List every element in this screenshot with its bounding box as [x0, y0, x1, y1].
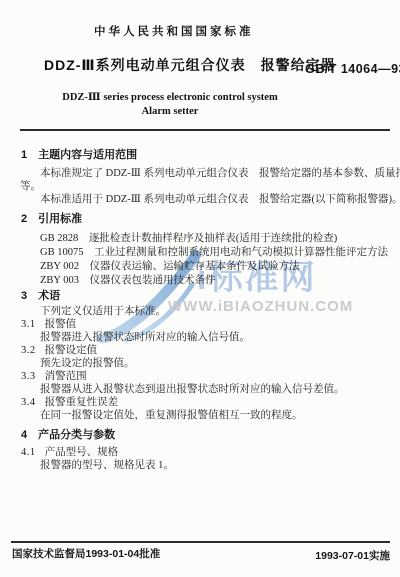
reference-item: ZBY 003 仪器仪表包装通用技术条件: [40, 272, 216, 287]
reference-item: GB 10075 工业过程测量和控制系统用电动和气动模拟计算器性能评定方法: [40, 244, 388, 259]
term-number: 3.2: [21, 345, 36, 356]
term-definition: 在同一报警设定值处，重复测得报警值相互一致的程度。: [40, 407, 303, 422]
doc-title-en-1: DDZ-Ⅲ series process electronic control …: [0, 91, 340, 103]
section-1-paragraph-1-continuation: 等。: [20, 178, 41, 193]
standard-document-page: i标准网 WWW.iBIAOZHUN.COM 中华人民共和国国家标准 DDZ-Ⅲ…: [0, 0, 400, 577]
footer-effective: 1993-07-01实施: [315, 548, 390, 563]
section-2-heading: 2 引用标准: [21, 210, 82, 226]
section-3-heading: 3 术语: [21, 287, 60, 303]
std-number: GB/T 14064—93: [305, 62, 400, 76]
section-1-heading: 1 主题内容与适用范围: [21, 146, 137, 162]
reference-item: GB 2828 逐批检查计数抽样程序及抽样表(适用于连续批的检查): [40, 230, 337, 245]
section-4-heading: 4 产品分类与参数: [21, 426, 115, 442]
reference-item: ZBY 002 仪器仪表运输、运输贮存基本条件及试验方法: [40, 258, 299, 273]
term-number: 3.1: [21, 319, 36, 330]
subsection-4-1-text: 报警器的型号、规格见表 1。: [40, 457, 174, 472]
doc-title-en-2: Alarm setter: [0, 106, 340, 117]
org-line: 中华人民共和国国家标准: [94, 23, 254, 39]
term-number: 3.3: [21, 371, 36, 382]
header-rule: [20, 129, 390, 131]
subsection-4-1-number: 4.1: [21, 447, 36, 458]
footer-approval: 国家技术监督局1993-01-04批准: [12, 546, 160, 561]
footer-rule: [11, 541, 390, 543]
section-1-paragraph-1: 本标准规定了 DDZ-Ⅲ 系列电动单元组合仪表 报警给定器的基本参数、质量指标以…: [40, 165, 400, 180]
doc-title-cn: DDZ-Ⅲ系列电动单元组合仪表 报警给定器: [44, 55, 336, 75]
section-1-paragraph-2: 本标准适用于 DDZ-Ⅲ 系列电动单元组合仪表 报警给定器(以下简称报警器)。: [40, 191, 400, 206]
term-number: 3.4: [21, 397, 36, 408]
watermark-url: WWW.iBIAOZHUN.COM: [168, 298, 353, 315]
